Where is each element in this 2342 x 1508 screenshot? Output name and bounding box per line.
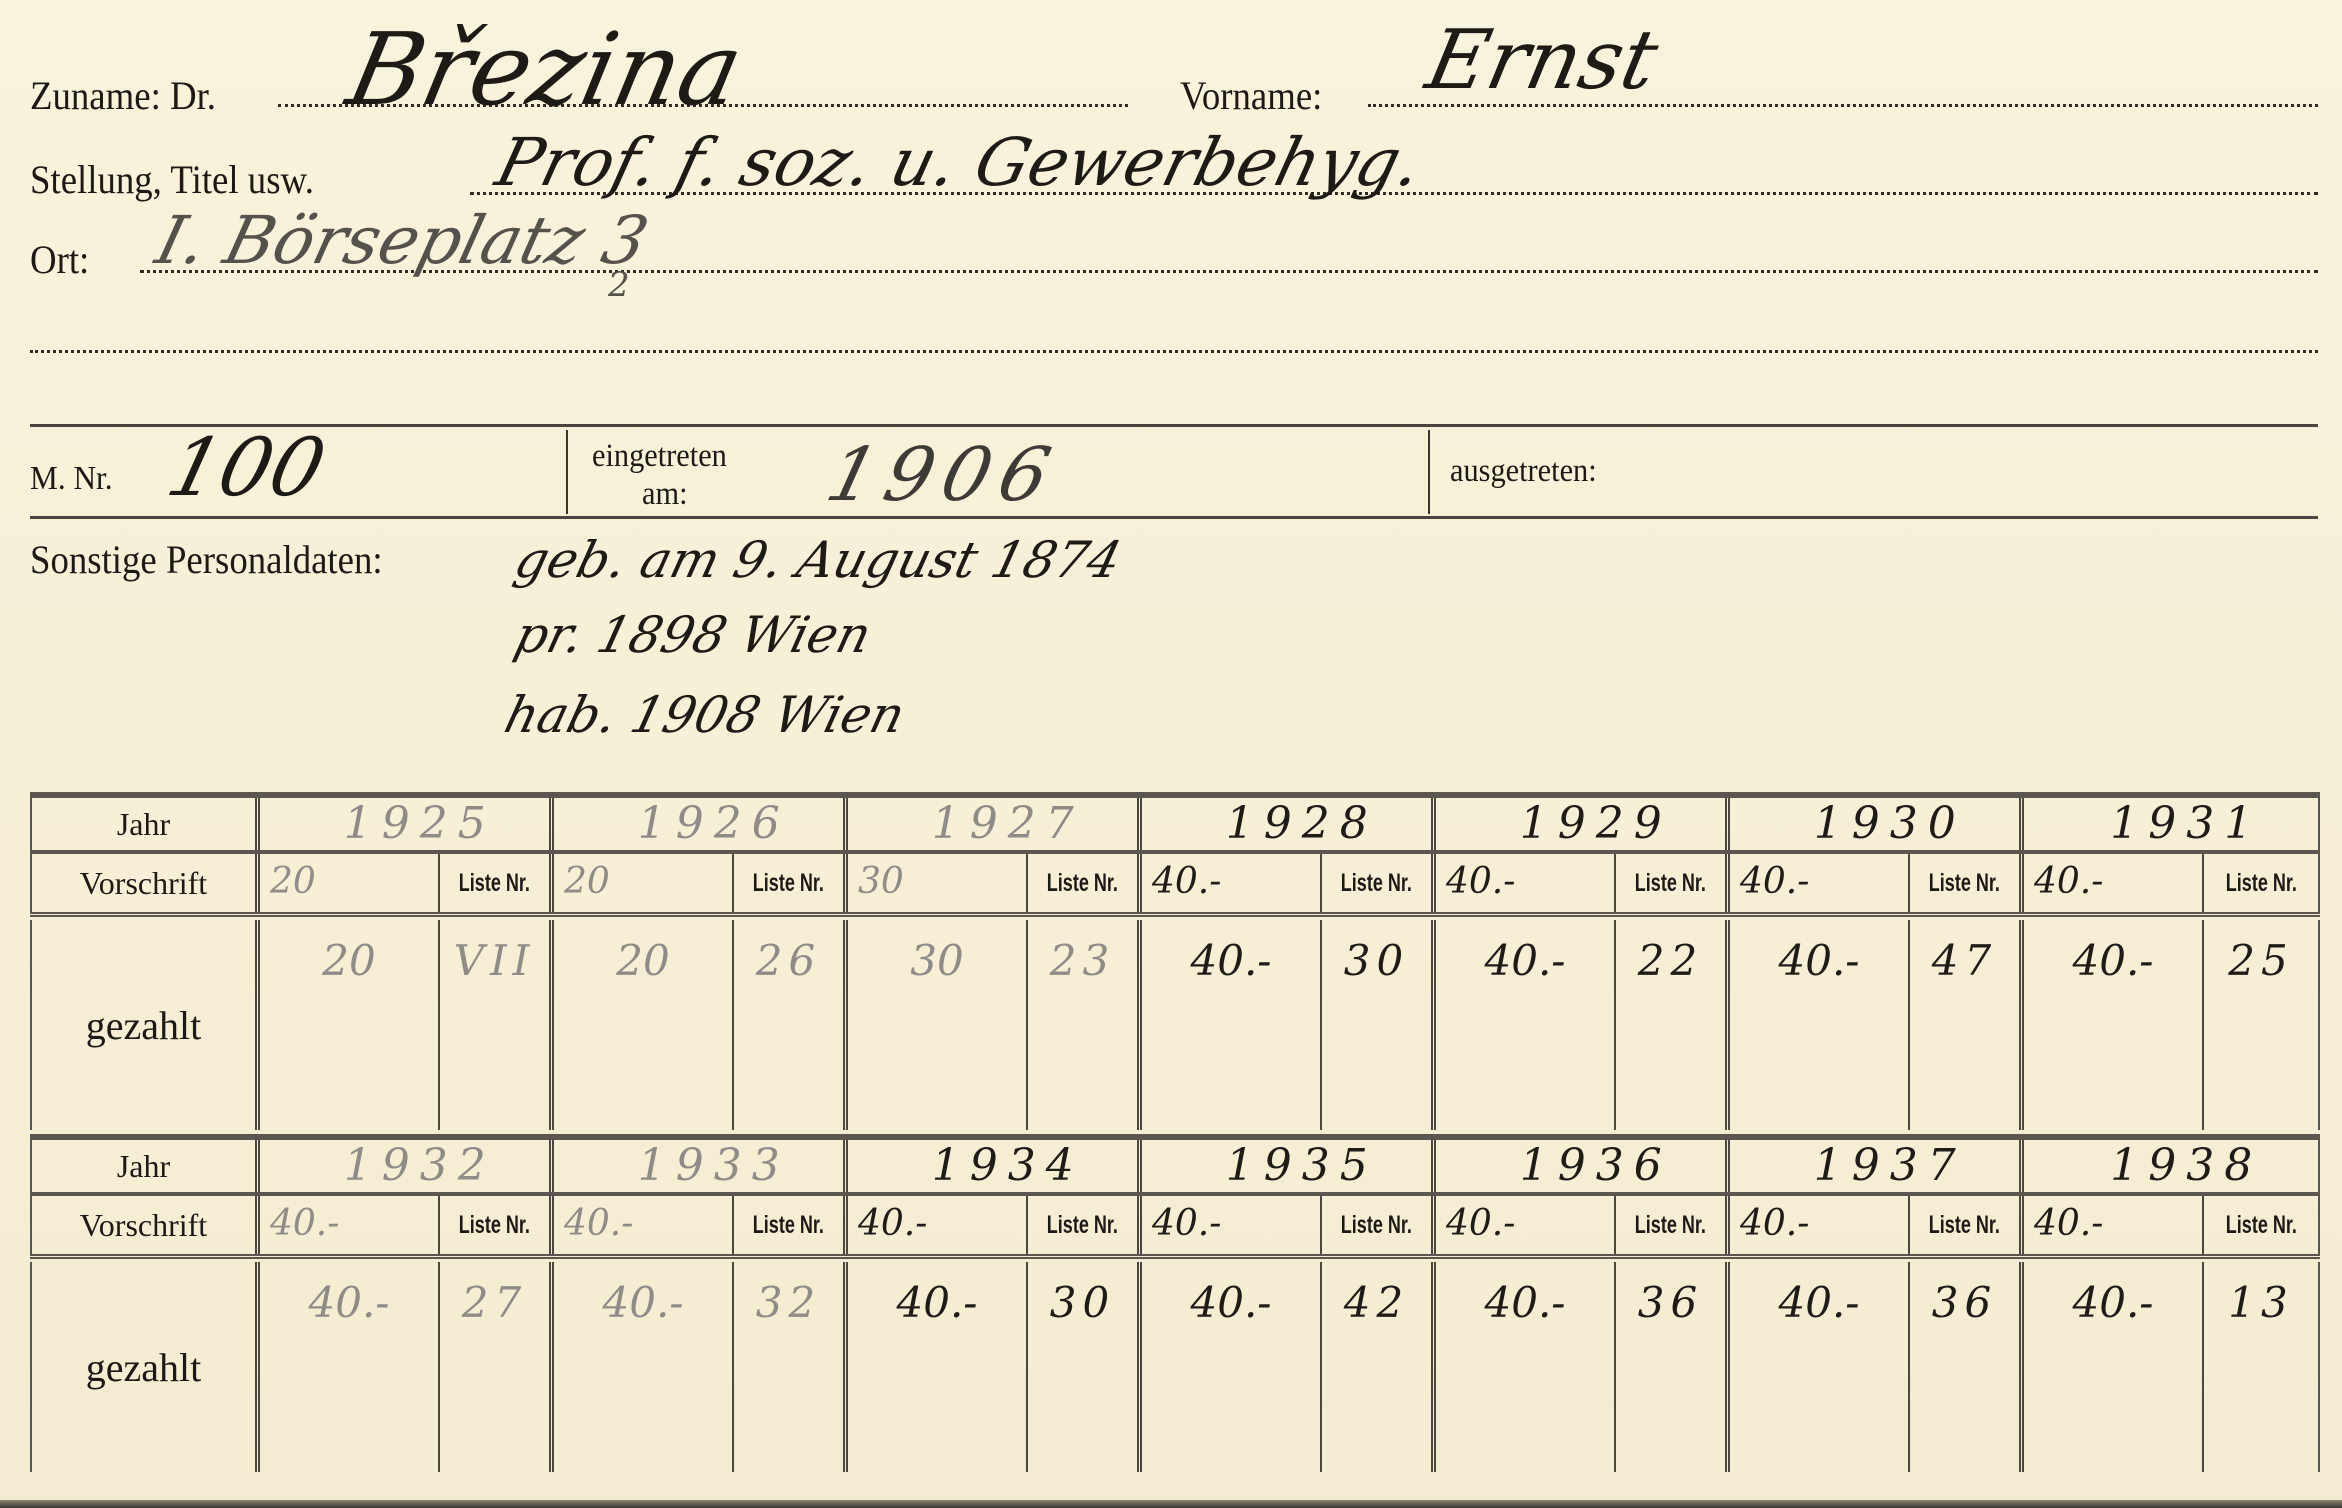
year-value: 1932 <box>344 1144 496 1188</box>
gezahlt-amount: 40.- <box>2024 1262 2204 1472</box>
amount-value: 40.- <box>1779 1282 1860 1324</box>
liste-label: Liste Nr. <box>2225 869 2296 898</box>
vorschrift-amount: 40.- <box>260 1196 440 1254</box>
liste-value: VII <box>454 940 536 982</box>
year-value: 1925 <box>344 802 496 846</box>
year-value: 1934 <box>932 1144 1084 1188</box>
row-label: Jahr <box>117 806 170 843</box>
vorname-value: Ernst <box>1420 20 1664 102</box>
year-value: 1929 <box>1520 802 1672 846</box>
year-value: 1938 <box>2110 1144 2262 1188</box>
liste-header: Liste Nr. <box>1616 1196 1725 1254</box>
amount-value: 40.- <box>1152 1206 1221 1242</box>
vorschrift-cell: 30Liste Nr. <box>848 854 1142 912</box>
dues-table-1932-1938: Jahr1932193319341935193619371938Vorschri… <box>30 1134 2320 1476</box>
gezahlt-amount: 40.- <box>260 1262 440 1472</box>
liste-label: Liste Nr. <box>1341 869 1412 898</box>
liste-label: Liste Nr. <box>1929 1211 2000 1240</box>
year-cell: 1936 <box>1436 1140 1730 1192</box>
liste-header: Liste Nr. <box>734 1196 843 1254</box>
blank-line <box>30 350 2318 353</box>
row-label-cell: gezahlt <box>30 920 260 1130</box>
table-row-jahr: Jahr1932193319341935193619371938 <box>30 1140 2320 1196</box>
sonstige-line-1: geb. am 9. August 1874 <box>510 535 1126 585</box>
amount-value: 40.- <box>1191 940 1272 982</box>
amount-value: 20 <box>322 940 375 982</box>
liste-label: Liste Nr. <box>2225 1211 2296 1240</box>
vorschrift-amount: 40.- <box>1142 1196 1322 1254</box>
gezahlt-amount: 40.- <box>1142 1262 1322 1472</box>
liste-value: 32 <box>756 1282 821 1324</box>
gezahlt-amount: 40.- <box>1436 920 1616 1130</box>
vorname-label: Vorname: <box>1180 76 1322 116</box>
liste-label: Liste Nr. <box>1047 1211 1118 1240</box>
gezahlt-amount: 40.- <box>1730 1262 1910 1472</box>
row-label-cell: Jahr <box>30 798 260 850</box>
amount-value: 40.- <box>1740 1206 1809 1242</box>
liste-number: 22 <box>1616 920 1725 1130</box>
vorschrift-cell: 40.-Liste Nr. <box>1730 854 2024 912</box>
liste-value: 26 <box>756 940 821 982</box>
liste-label: Liste Nr. <box>1341 1211 1412 1240</box>
year-cell: 1935 <box>1142 1140 1436 1192</box>
ausgetreten-label: ausgetreten: <box>1450 455 1597 488</box>
liste-value: 23 <box>1050 940 1115 982</box>
gezahlt-cell: 3023 <box>848 920 1142 1130</box>
table-row-gez: gezahlt20VII2026302340.-3040.-2240.-4740… <box>30 920 2320 1130</box>
liste-value: 42 <box>1344 1282 1409 1324</box>
gezahlt-amount: 20 <box>554 920 734 1130</box>
gezahlt-amount: 40.- <box>1436 1262 1616 1472</box>
amount-value: 40.- <box>1152 864 1221 900</box>
vorschrift-cell: 40.-Liste Nr. <box>1436 854 1730 912</box>
liste-header: Liste Nr. <box>1616 854 1725 912</box>
liste-header: Liste Nr. <box>440 1196 549 1254</box>
amount-value: 40.- <box>2073 940 2154 982</box>
vorschrift-cell: 40.-Liste Nr. <box>1436 1196 1730 1254</box>
amount-value: 40.- <box>564 1206 633 1242</box>
divider <box>1428 430 1430 514</box>
gezahlt-cell: 40.-13 <box>2024 1262 2320 1472</box>
liste-header: Liste Nr. <box>1910 854 2019 912</box>
liste-value: 36 <box>1638 1282 1703 1324</box>
year-cell: 1929 <box>1436 798 1730 850</box>
gezahlt-cell: 40.-30 <box>1142 920 1436 1130</box>
liste-label: Liste Nr. <box>1047 869 1118 898</box>
gezahlt-cell: 40.-36 <box>1436 1262 1730 1472</box>
gezahlt-amount: 40.- <box>2024 920 2204 1130</box>
row-label-cell: gezahlt <box>30 1262 260 1472</box>
liste-value: 27 <box>462 1282 527 1324</box>
sonstige-label: Sonstige Personaldaten: <box>30 540 383 580</box>
liste-number: 13 <box>2204 1262 2318 1472</box>
year-value: 1931 <box>2110 802 2262 846</box>
gezahlt-amount: 30 <box>848 920 1028 1130</box>
gezahlt-amount: 20 <box>260 920 440 1130</box>
gezahlt-cell: 40.-22 <box>1436 920 1730 1130</box>
liste-number: 30 <box>1322 920 1431 1130</box>
divider <box>30 424 2318 427</box>
liste-value: 22 <box>1638 940 1703 982</box>
amount-value: 20 <box>616 940 669 982</box>
gezahlt-cell: 40.-32 <box>554 1262 848 1472</box>
liste-label: Liste Nr. <box>753 869 824 898</box>
vorschrift-cell: 40.-Liste Nr. <box>2024 1196 2320 1254</box>
year-value: 1928 <box>1226 802 1378 846</box>
year-cell: 1932 <box>260 1140 554 1192</box>
year-cell: 1937 <box>1730 1140 2024 1192</box>
vorschrift-cell: 20Liste Nr. <box>554 854 848 912</box>
gezahlt-cell: 20VII <box>260 920 554 1130</box>
year-value: 1933 <box>638 1144 790 1188</box>
liste-number: 47 <box>1910 920 2019 1130</box>
ort-label: Ort: <box>30 240 89 280</box>
zuname-value: Březina <box>340 20 750 120</box>
year-cell: 1938 <box>2024 1140 2320 1192</box>
eingetreten-value: 1906 <box>820 438 1067 512</box>
sonstige-line-3: hab. 1908 Wien <box>500 690 910 740</box>
liste-number: 27 <box>440 1262 549 1472</box>
vorschrift-cell: 40.-Liste Nr. <box>1142 1196 1436 1254</box>
vorschrift-amount: 40.- <box>1436 854 1616 912</box>
gezahlt-cell: 40.-47 <box>1730 920 2024 1130</box>
vorschrift-cell: 40.-Liste Nr. <box>848 1196 1142 1254</box>
stellung-label: Stellung, Titel usw. <box>30 160 314 200</box>
gezahlt-cell: 40.-36 <box>1730 1262 2024 1472</box>
sonstige-line-2: pr. 1898 Wien <box>510 610 876 660</box>
amount-value: 30 <box>858 864 904 900</box>
table-row-jahr: Jahr1925192619271928192919301931 <box>30 798 2320 854</box>
table-row-gez: gezahlt40.-2740.-3240.-3040.-4240.-3640.… <box>30 1262 2320 1472</box>
vorschrift-cell: 40.-Liste Nr. <box>1730 1196 2024 1254</box>
amount-value: 40.- <box>1779 940 1860 982</box>
liste-value: 36 <box>1932 1282 1997 1324</box>
liste-value: 30 <box>1344 940 1409 982</box>
gezahlt-amount: 40.- <box>1730 920 1910 1130</box>
divider <box>30 516 2318 519</box>
year-value: 1926 <box>638 802 790 846</box>
year-value: 1936 <box>1520 1144 1672 1188</box>
card-edge <box>0 1500 2342 1508</box>
vorschrift-cell: 20Liste Nr. <box>260 854 554 912</box>
liste-header: Liste Nr. <box>1322 854 1431 912</box>
row-label: Vorschrift <box>80 865 207 902</box>
row-label-cell: Jahr <box>30 1140 260 1192</box>
vorschrift-amount: 40.- <box>1730 1196 1910 1254</box>
year-cell: 1925 <box>260 798 554 850</box>
ort-note: 2 <box>608 268 630 302</box>
gezahlt-amount: 40.- <box>554 1262 734 1472</box>
amount-value: 40.- <box>897 1282 978 1324</box>
membership-index-card: Zuname: Dr. Březina Vorname: Ernst Stell… <box>0 0 2342 1508</box>
liste-label: Liste Nr. <box>753 1211 824 1240</box>
vorschrift-amount: 40.- <box>2024 854 2204 912</box>
liste-header: Liste Nr. <box>440 854 549 912</box>
row-label: Vorschrift <box>80 1207 207 1244</box>
amount-value: 40.- <box>1485 940 1566 982</box>
liste-header: Liste Nr. <box>1322 1196 1431 1254</box>
eingetreten-label-am: am: <box>642 478 688 511</box>
divider <box>566 430 568 514</box>
liste-number: 42 <box>1322 1262 1431 1472</box>
amount-value: 40.- <box>2034 1206 2103 1242</box>
liste-value: 25 <box>2228 940 2293 982</box>
liste-number: 26 <box>734 920 843 1130</box>
row-label-cell: Vorschrift <box>30 854 260 912</box>
year-cell: 1927 <box>848 798 1142 850</box>
vorschrift-amount: 40.- <box>1436 1196 1616 1254</box>
year-cell: 1933 <box>554 1140 848 1192</box>
amount-value: 20 <box>564 864 610 900</box>
gezahlt-cell: 40.-42 <box>1142 1262 1436 1472</box>
gezahlt-cell: 40.-25 <box>2024 920 2320 1130</box>
ort-value: I. Börseplatz 3 <box>150 208 654 274</box>
liste-header: Liste Nr. <box>1028 1196 1137 1254</box>
liste-number: VII <box>440 920 549 1130</box>
year-cell: 1928 <box>1142 798 1436 850</box>
vorschrift-amount: 40.- <box>2024 1196 2204 1254</box>
vorschrift-cell: 40.-Liste Nr. <box>2024 854 2320 912</box>
year-value: 1930 <box>1814 802 1966 846</box>
liste-label: Liste Nr. <box>1929 869 2000 898</box>
amount-value: 40.- <box>270 1206 339 1242</box>
gezahlt-amount: 40.- <box>1142 920 1322 1130</box>
stellung-value: Prof. f. soz. u. Gewerbehyg. <box>490 130 1428 196</box>
year-value: 1937 <box>1814 1144 1966 1188</box>
gezahlt-amount: 40.- <box>848 1262 1028 1472</box>
table-row-vor: Vorschrift20Liste Nr.20Liste Nr.30Liste … <box>30 854 2320 917</box>
year-value: 1927 <box>932 802 1084 846</box>
row-label: gezahlt <box>86 1002 202 1049</box>
mnr-label: M. Nr. <box>30 462 113 496</box>
year-value: 1935 <box>1226 1144 1378 1188</box>
amount-value: 30 <box>910 940 963 982</box>
vorschrift-amount: 20 <box>554 854 734 912</box>
year-cell: 1930 <box>1730 798 2024 850</box>
amount-value: 40.- <box>2073 1282 2154 1324</box>
row-label: Jahr <box>117 1148 170 1185</box>
vorschrift-cell: 40.-Liste Nr. <box>554 1196 848 1254</box>
amount-value: 20 <box>270 864 316 900</box>
year-cell: 1926 <box>554 798 848 850</box>
gezahlt-cell: 40.-30 <box>848 1262 1142 1472</box>
liste-number: 23 <box>1028 920 1137 1130</box>
amount-value: 40.- <box>858 1206 927 1242</box>
amount-value: 40.- <box>1485 1282 1566 1324</box>
gezahlt-cell: 2026 <box>554 920 848 1130</box>
liste-number: 30 <box>1028 1262 1137 1472</box>
liste-number: 32 <box>734 1262 843 1472</box>
amount-value: 40.- <box>1740 864 1809 900</box>
amount-value: 40.- <box>1446 1206 1515 1242</box>
liste-header: Liste Nr. <box>2204 1196 2318 1254</box>
mnr-value: 100 <box>160 428 333 508</box>
amount-value: 40.- <box>1191 1282 1272 1324</box>
liste-value: 47 <box>1932 940 1997 982</box>
amount-value: 40.- <box>309 1282 390 1324</box>
liste-number: 25 <box>2204 920 2318 1130</box>
amount-value: 40.- <box>603 1282 684 1324</box>
vorschrift-amount: 40.- <box>848 1196 1028 1254</box>
vorschrift-amount: 40.- <box>554 1196 734 1254</box>
gezahlt-cell: 40.-27 <box>260 1262 554 1472</box>
table-row-vor: Vorschrift40.-Liste Nr.40.-Liste Nr.40.-… <box>30 1196 2320 1259</box>
liste-label: Liste Nr. <box>459 1211 530 1240</box>
dues-table-1925-1931: Jahr1925192619271928192919301931Vorschri… <box>30 792 2320 1134</box>
liste-header: Liste Nr. <box>1910 1196 2019 1254</box>
liste-number: 36 <box>1616 1262 1725 1472</box>
vorschrift-amount: 40.- <box>1142 854 1322 912</box>
liste-header: Liste Nr. <box>2204 854 2318 912</box>
row-label: gezahlt <box>86 1344 202 1391</box>
vorschrift-cell: 40.-Liste Nr. <box>260 1196 554 1254</box>
vorschrift-amount: 20 <box>260 854 440 912</box>
vorschrift-amount: 30 <box>848 854 1028 912</box>
eingetreten-label: eingetreten <box>592 440 727 473</box>
liste-label: Liste Nr. <box>1635 1211 1706 1240</box>
vorschrift-cell: 40.-Liste Nr. <box>1142 854 1436 912</box>
row-label-cell: Vorschrift <box>30 1196 260 1254</box>
liste-header: Liste Nr. <box>734 854 843 912</box>
amount-value: 40.- <box>2034 864 2103 900</box>
liste-value: 30 <box>1050 1282 1115 1324</box>
liste-number: 36 <box>1910 1262 2019 1472</box>
liste-label: Liste Nr. <box>1635 869 1706 898</box>
zuname-label: Zuname: Dr. <box>30 76 216 116</box>
liste-value: 13 <box>2228 1282 2293 1324</box>
liste-header: Liste Nr. <box>1028 854 1137 912</box>
amount-value: 40.- <box>1446 864 1515 900</box>
year-cell: 1931 <box>2024 798 2320 850</box>
year-cell: 1934 <box>848 1140 1142 1192</box>
liste-label: Liste Nr. <box>459 869 530 898</box>
vorschrift-amount: 40.- <box>1730 854 1910 912</box>
